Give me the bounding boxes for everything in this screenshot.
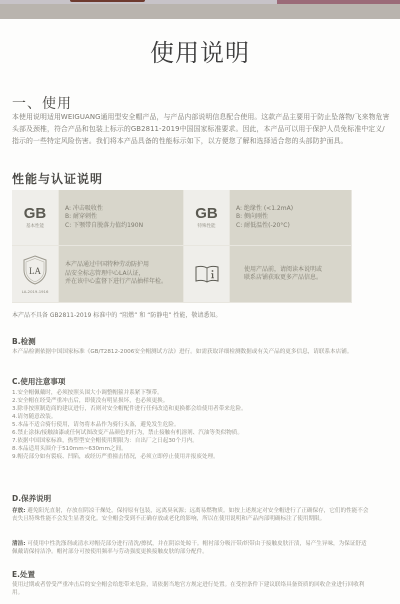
gb-basic-label: 基本性能 (26, 223, 44, 229)
gb-logo: GB (24, 206, 47, 221)
info-badge (184, 246, 230, 303)
la-logo-text: LA (29, 266, 41, 276)
list-item: 5.本品不适合骑行使用，请勿将本品作为骑行头盔，避免发生危险。 (12, 421, 372, 429)
gb-basic-text: A: 冲击吸收性 B: 耐穿刺性 C: 下颚带自脱落力值约190N (59, 190, 184, 246)
photo-fabric (277, 0, 400, 4)
section-d-heading: D.保养说明 (12, 493, 51, 504)
gb-special-text: A: 绝缘性 (<1.2mA) B: 侧向刚性 C: 耐低温性(-20°C) (230, 190, 352, 246)
list-item: 7.依据中国国家标准，热塑型安全帽使用期限为：自出厂之日起30个月内。 (12, 437, 372, 445)
list-item: 4.请勿随意改装。 (12, 413, 372, 421)
list-item: 9.帽壳部分如有裂痕、凹陷，或经历严重撞击情况，必须立即停止使用并报废处理。 (12, 453, 372, 461)
section-e-body: 使用过期或者曾受严重冲击后的安全帽会给您带来危险，请依据当地官方规定进行处置。在… (12, 581, 372, 597)
header-photo (0, 0, 400, 19)
list-item: 6.禁止涂抹/接触油漆或任何试图改变产品颜色的行为，禁止接触有机溶剂、汽油等类似… (12, 429, 372, 437)
section-b-body: 本产品检测依据中国国家标准《GB/T2812-2006安全帽测试方法》进行。如需… (12, 348, 372, 356)
list-item: 8.本品适用头围介于510mm~630mm之间。 (12, 445, 372, 453)
list-item: 2.安全帽在经受严重冲击后，即使没有明显损坏，也必须更换。 (12, 397, 372, 405)
info-text: 使用产品前，请阅读本说明或 联系店铺获取更多产品信息。 (230, 246, 352, 303)
section-c-list: 1.安全帽佩戴时，必须按照头围大小调整帽箍并系紧下颚带。 2.安全帽在经受严重冲… (12, 389, 372, 461)
gb-basic-badge: GB 基本性能 (12, 190, 59, 246)
section-d-storage: 存放: 避免阳光直射，存放在阴凉干燥处，保持原有包装，远离臭氧源；远离易燃物质。… (12, 507, 372, 523)
section-b-heading: B.检测 (12, 336, 36, 347)
la-cert-text: 本产品通过中国特种劳动防护用 品安全标志管理中心LA认证， 并在该中心监督下进行… (59, 246, 184, 303)
photo-helmet-edge (70, 0, 145, 2)
cleaning-text: 可使用中性洗涤剂或清水对帽壳部分进行清洗/擦拭，并在阴凉处晾干。帽衬部分吸汗带/… (12, 541, 367, 555)
section-use-body: 本使用说明适用WEIGUANG通用型安全帽产品，与产品内部说明信息配合使用。这款… (12, 111, 390, 147)
performance-grid: GB 基本性能 A: 冲击吸收性 B: 耐穿刺性 C: 下颚带自脱落力值约190… (12, 190, 352, 303)
la-badge: LA LA-2019-1916 (12, 246, 59, 303)
info-book-icon (195, 265, 219, 283)
section-c-heading: C.使用注意事项 (12, 376, 65, 387)
gb-logo: GB (195, 206, 218, 221)
section-e-heading: E.处置 (12, 569, 35, 580)
page-title: 使用说明 (0, 33, 400, 68)
la-shield-icon: LA (22, 255, 48, 285)
list-item: 3.除非按照制造商的建议进行，否则对安全帽配件进行任何改造和更换都会给使用者带来… (12, 405, 372, 413)
section-d-cleaning: 清洁: 可使用中性洗涤剂或清水对帽壳部分进行清洗/擦拭，并在阴凉处晾干。帽衬部分… (12, 540, 372, 556)
section-use-heading: 一、使用 (12, 93, 72, 113)
storage-text: 避免阳光直射，存放在阴凉干燥处，保持原有包装，远离臭氧源；远离易燃物质。如按上述… (12, 508, 368, 522)
section-perf-heading: 性能与认证说明 (12, 170, 103, 187)
gb-special-badge: GB 特殊性能 (184, 190, 230, 246)
storage-label: 存放: (12, 508, 25, 514)
la-cert-number: LA-2019-1916 (22, 289, 49, 294)
gb-special-label: 特殊性能 (198, 223, 216, 229)
perf-notice: 本产品不具备 GB2811-2019 标准中的 “阻燃” 和 “防静电” 性能，… (12, 310, 221, 319)
list-item: 1.安全帽佩戴时，必须按照头围大小调整帽箍并系紧下颚带。 (12, 389, 372, 397)
cleaning-label: 清洁: (12, 541, 25, 547)
